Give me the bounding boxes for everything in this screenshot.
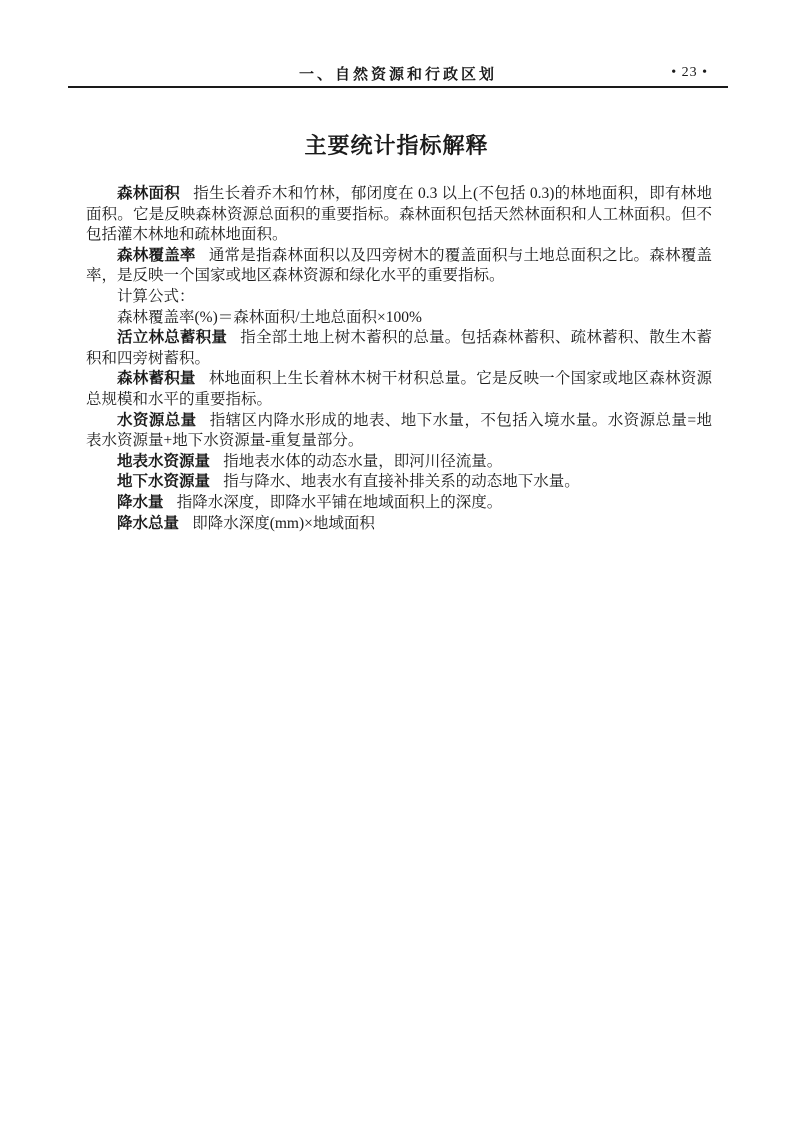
definition-paragraph: 水资源总量指辖区内降水形成的地表、地下水量，不包括入境水量。水资源总量=地表水资… xyxy=(86,411,712,452)
header-rule xyxy=(68,86,728,88)
term-definition: 森林覆盖率(%)＝森林面积/土地总面积×100% xyxy=(117,309,422,326)
term-definition: 指与降水、地表水有直接补排关系的动态地下水量。 xyxy=(223,473,580,490)
definition-paragraph: 森林面积指生长着乔木和竹林，郁闭度在 0.3 以上(不包括 0.3)的林地面积，… xyxy=(86,184,712,246)
term-label: 森林面积 xyxy=(117,185,180,202)
term-label: 森林覆盖率 xyxy=(117,247,196,264)
term-definition: 指地表水体的动态水量，即河川径流量。 xyxy=(223,453,502,470)
definition-paragraph: 地表水资源量指地表水体的动态水量，即河川径流量。 xyxy=(86,452,712,473)
definition-paragraph: 森林覆盖率通常是指森林面积以及四旁树木的覆盖面积与土地总面积之比。森林覆盖率，是… xyxy=(86,246,712,287)
term-definition: 即降水深度(mm)×地域面积 xyxy=(192,515,375,532)
definition-paragraph: 森林覆盖率(%)＝森林面积/土地总面积×100% xyxy=(86,308,712,329)
definition-paragraph: 地下水资源量指与降水、地表水有直接补排关系的动态地下水量。 xyxy=(86,472,712,493)
definition-paragraph: 降水总量即降水深度(mm)×地域面积 xyxy=(86,514,712,535)
definition-paragraph: 降水量指降水深度，即降水平铺在地域面积上的深度。 xyxy=(86,493,712,514)
term-label: 降水总量 xyxy=(117,515,179,532)
page-title: 主要统计指标解释 xyxy=(0,132,793,159)
document-page: 一、自然资源和行政区划 • 23 • 主要统计指标解释 森林面积指生长着乔木和竹… xyxy=(0,0,793,1122)
definition-paragraph: 计算公式： xyxy=(86,287,712,308)
section-title: 一、自然资源和行政区划 xyxy=(68,63,728,84)
definition-paragraph: 森林蓄积量林地面积上生长着林木树干材积总量。它是反映一个国家或地区森林资源总规模… xyxy=(86,369,712,410)
term-definition: 计算公式： xyxy=(117,288,195,305)
definition-paragraph: 活立林总蓄积量指全部土地上树木蓄积的总量。包括森林蓄积、疏林蓄积、散生木蓄积和四… xyxy=(86,328,712,369)
running-head: 一、自然资源和行政区划 • 23 • xyxy=(68,63,728,85)
term-label: 水资源总量 xyxy=(117,412,197,429)
term-label: 降水量 xyxy=(117,494,164,511)
term-label: 地表水资源量 xyxy=(117,453,210,470)
definitions-list: 森林面积指生长着乔木和竹林，郁闭度在 0.3 以上(不包括 0.3)的林地面积，… xyxy=(86,184,712,534)
term-label: 森林蓄积量 xyxy=(117,370,196,387)
term-label: 活立林总蓄积量 xyxy=(117,329,227,346)
page-number: • 23 • xyxy=(671,65,708,81)
term-definition: 指降水深度，即降水平铺在地域面积上的深度。 xyxy=(177,494,503,511)
term-label: 地下水资源量 xyxy=(117,473,210,490)
